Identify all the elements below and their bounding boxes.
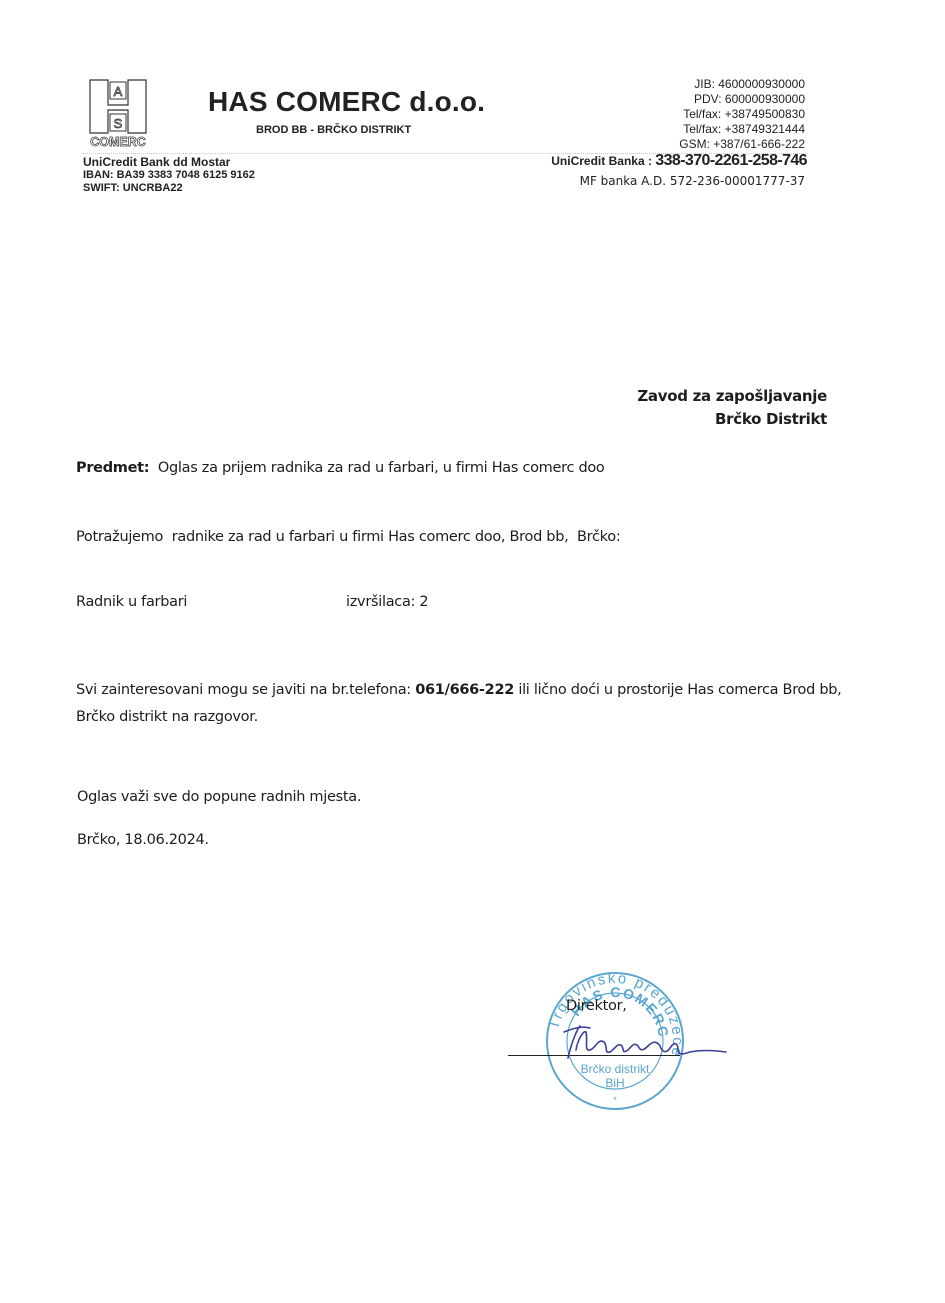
unicredit-account-number: 338-370-2261-258-746 [655,152,807,169]
mf-bank-account: MF banka A.D. 572-236-00001777-37 [580,174,805,188]
recipient-line-1: Zavod za zapošljavanje [637,385,827,408]
handwritten-signature [560,1020,730,1070]
subject-text: Oglas za prijem radnika za rad u farbari… [158,460,605,476]
has-comerc-logo-icon: A S COMERC [84,78,154,148]
svg-text:S: S [114,116,123,131]
svg-text:COMERC: COMERC [90,135,146,148]
pdv: PDV: 600000930000 [679,92,805,107]
svg-text:A: A [114,84,123,99]
gsm: GSM: +387/61-666-222 [679,137,805,152]
contact-text-pre: Svi zainteresovani mogu se javiti na br.… [76,682,415,698]
subject-line: Predmet: Oglas za prijem radnika za rad … [76,460,605,476]
recipient-block: Zavod za zapošljavanje Brčko Distrikt [637,385,827,431]
unicredit-account: UniCredit Banka : 338-370-2261-258-746 [551,152,807,170]
signature-scribble-icon [560,1020,730,1070]
contact-phone: 061/666-222 [415,682,514,698]
place-and-date: Brčko, 18.06.2024. [77,832,209,848]
company-contact-details: JIB: 4600000930000 PDV: 600000930000 Tel… [679,77,805,152]
recipient-line-2: Brčko Distrikt [637,408,827,431]
intro-paragraph: Potražujemo radnike za rad u farbari u f… [76,529,620,545]
company-name: HAS COMERC d.o.o. [208,86,485,118]
swift: SWIFT: UNCRBA22 [83,182,255,195]
contact-paragraph: Svi zainteresovani mogu se javiti na br.… [76,677,856,731]
jib: JIB: 4600000930000 [679,77,805,92]
svg-text:BiH: BiH [605,1076,624,1090]
iban: IBAN: BA39 3383 7048 6125 9162 [83,169,255,182]
svg-text:*: * [613,1095,617,1105]
position-name: Radnik u farbari [76,594,187,610]
company-logo: A S COMERC [84,78,154,148]
bank-name: UniCredit Bank dd Mostar [83,156,255,169]
telfax-1: Tel/fax: +38749500830 [679,107,805,122]
validity-note: Oglas važi sve do popune radnih mjesta. [77,789,361,805]
unicredit-label: UniCredit Banka : [551,154,652,168]
subject-label: Predmet: [76,460,149,476]
bank-details-left: UniCredit Bank dd Mostar IBAN: BA39 3383… [83,156,255,195]
company-address: BROD BB - BRČKO DISTRIKT [256,124,411,136]
position-count: izvršilaca: 2 [346,594,428,610]
telfax-2: Tel/fax: +38749321444 [679,122,805,137]
director-title: Direktor, [566,998,627,1014]
